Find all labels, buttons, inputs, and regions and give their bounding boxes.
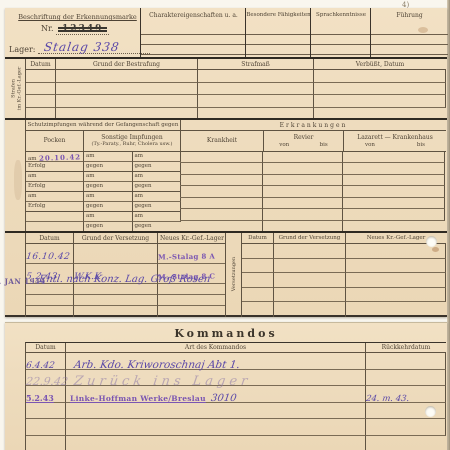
column-charakter: Charaktereigenschaften u. a. [140, 8, 246, 57]
pocken-erfolg-cell: Erfolg [26, 182, 84, 192]
col-verbuesst: Verbüßt, Datum [314, 59, 446, 70]
empty-cell [274, 273, 346, 288]
col-art-kommandos: Art des Kommandos [66, 343, 366, 353]
column-faehigkeiten: Besondere Fähigkeiten [245, 8, 311, 57]
pocken-date-stamp: 20.10.42 [38, 152, 80, 162]
empty-cell [314, 70, 446, 83]
writing-line [311, 54, 371, 55]
versetzungen-rotated-text: Versetzungen [231, 246, 237, 302]
revier-label: Revier vonbis [264, 131, 344, 152]
kommandos-title: Kommandos [5, 327, 447, 340]
versetzung-lager-cell [158, 284, 226, 295]
versetzung-grund-cell [74, 284, 158, 295]
lager-writing-line: Stalag 338 [38, 40, 150, 54]
sonstige-gegen-cell: gegen [84, 162, 133, 172]
punch-hole [426, 236, 437, 247]
empty-cell [346, 302, 446, 317]
empty-cell [66, 436, 366, 450]
lager-row: Lager: Stalag 338 [9, 40, 150, 54]
empty-cell [263, 175, 343, 186]
empty-cell [180, 175, 263, 186]
krankheit-label: Krankheit [181, 131, 264, 152]
empty-cell [74, 306, 158, 317]
writing-line [246, 34, 311, 35]
empty-cell [314, 95, 446, 108]
empty-cell [366, 436, 446, 450]
col-neues-lager: Neues Kr.-Gef.-Lager [158, 233, 226, 244]
empty-cell [274, 259, 346, 274]
faehigkeiten-label: Besondere Fähigkeiten [246, 8, 311, 18]
versetzung-grund-cell [74, 244, 158, 264]
pocken-erfolg-cell: Erfolg [26, 162, 84, 172]
empty-cell [26, 212, 84, 222]
empty-cell [26, 95, 56, 108]
return-date: 24. m. 43. [365, 394, 410, 404]
erkrankungen-body [180, 152, 445, 232]
scanned-pow-record: 4) Beschriftung der Erkennungsmarke Nr. … [0, 0, 450, 450]
writing-line [371, 54, 448, 55]
empty-cell [66, 419, 366, 436]
empty-cell [366, 419, 446, 436]
col-grund-bestrafung: Grund der Bestrafung [56, 59, 198, 70]
col-rueckkehrdatum: Rückkehrdatum [366, 343, 446, 353]
empty-cell [180, 209, 263, 220]
sonstige-am-cell: am [84, 212, 133, 222]
stalag-stamp: M.-Stalag 8 A [158, 252, 215, 262]
kommando-rueck-cell [366, 370, 446, 387]
record-card-front: Beschriftung der Erkennungsmarke Nr. 123… [5, 8, 447, 317]
versetzungen-table-right: Datum Grund der Versetzung Neues Kr.-Gef… [241, 233, 446, 317]
pocken-am-cell: am20.10.42 [26, 152, 84, 162]
empty-cell [346, 259, 446, 274]
writing-line [371, 44, 448, 45]
col-datum: Datum [26, 233, 74, 244]
versetzung-date: 16.10.42 [25, 252, 70, 262]
pocken-label: Pocken [26, 131, 84, 152]
empty-cell [198, 95, 314, 108]
writing-line [311, 34, 371, 35]
kommando-art-cell: Zurück ins Lager [66, 370, 366, 387]
von-label: von [365, 142, 375, 148]
empty-cell [198, 83, 314, 96]
pocken-am-cell: am [26, 172, 84, 182]
empty-cell [56, 83, 198, 96]
sonstige-am-cell: am [133, 212, 182, 222]
empty-cell [180, 198, 263, 209]
erkrankungen-title: Erkrankungen [181, 120, 446, 131]
empty-cell [346, 288, 446, 303]
versetzung-lager-cell: M.-Stalag 8 A [158, 244, 226, 264]
punch-hole [425, 406, 436, 417]
empty-cell [274, 302, 346, 317]
empty-cell [26, 306, 74, 317]
erkennungsmarke-label: Beschriftung der Erkennungsmarke [15, 13, 140, 21]
col-datum: Datum [242, 233, 274, 244]
empty-cell [74, 295, 158, 306]
col-grund-versetzung: Grund der Versetzung [274, 233, 346, 244]
empty-cell [198, 70, 314, 83]
empty-cell [263, 152, 343, 163]
kommando-description: Arb. Kdo. Kriworoschnaj Abt 1. [65, 359, 240, 371]
von-label: von [279, 142, 289, 148]
versetzungen-side-label: Versetzungen [225, 233, 242, 317]
empty-cell [274, 288, 346, 303]
writing-line [141, 44, 246, 45]
writing-line [371, 34, 448, 35]
col-grund-versetzung: Grund der Versetzung [74, 233, 158, 244]
sonstige-am-cell: am [84, 192, 133, 202]
empty-cell [180, 152, 263, 163]
lazarett-label: Lazarett — Krankenhaus vonbis [344, 131, 446, 152]
col-strafmass: Strafmaß [198, 59, 314, 70]
revier-title: Revier [294, 134, 314, 141]
sonstige-am-cell: am [133, 172, 182, 182]
empty-cell [274, 244, 346, 259]
kommando-date: 6.4.42 [25, 361, 55, 371]
empty-cell [242, 244, 274, 259]
empty-cell [26, 403, 66, 420]
versetzungen-section: Datum Grund der Versetzung Neues Kr.-Gef… [5, 231, 447, 317]
empty-cell [242, 273, 274, 288]
sonstige-gegen-cell: gegen [133, 162, 182, 172]
versetzung-datum-cell: 16.10.42 [26, 244, 74, 264]
fuehrung-label: Führung [371, 8, 448, 19]
lager-label: Lager: [9, 45, 35, 54]
pocken-erfolg-cell: Erfolg [26, 202, 84, 212]
strafen-section: Strafen im Kr.-Gef.-Lager Datum Grund de… [5, 57, 447, 120]
kommando-art-cell: Arb. Kdo. Kriworoschnaj Abt 1. [66, 353, 366, 370]
empty-cell [263, 209, 343, 220]
kommando-date: 22.9.42 [25, 375, 69, 388]
sonstige-line2: (Ty.-Paraty., Ruhr, Cholera usw.) [84, 141, 180, 147]
empty-cell [56, 70, 198, 83]
empty-cell [343, 163, 445, 174]
id-section: Beschriftung der Erkennungsmarke Nr. 123… [5, 8, 447, 57]
empty-cell [242, 259, 274, 274]
empty-cell [26, 419, 66, 436]
empty-cell [343, 152, 445, 163]
impf-body: am20.10.42 am am Erfolg gegen gegen am a… [25, 152, 181, 232]
kommando-rueck-cell [366, 353, 446, 370]
empty-cell [180, 163, 263, 174]
nr-label: Nr. [41, 24, 54, 33]
column-fuehrung: Führung [370, 8, 448, 57]
empty-cell [343, 186, 445, 197]
kommando-datum-cell: 6.4.42 [26, 353, 66, 370]
impf-header-row2: Pocken Sonstige Impfungen (Ty.-Paraty., … [25, 131, 446, 152]
empty-cell [346, 273, 446, 288]
kommando-rueck-cell: 24. m. 43. [366, 386, 446, 403]
bis-label: bis [417, 142, 425, 148]
empty-cell [314, 83, 446, 96]
sonstige-impfungen-label: Sonstige Impfungen (Ty.-Paraty., Ruhr, C… [84, 131, 181, 152]
lager-handwritten-value: Stalag 338 [43, 40, 121, 54]
empty-cell [263, 163, 343, 174]
col-datum: Datum [26, 343, 66, 353]
release-note-handwritten: Entl. nach Konz. Lag. Groß Rosen [38, 274, 211, 285]
strafen-table: Datum Grund der Bestrafung Strafmaß Verb… [25, 59, 446, 120]
kommando-datum-cell: 5.2.43 [26, 386, 66, 403]
empty-cell [26, 83, 56, 96]
nr-underline: 12349 [56, 24, 109, 35]
empty-cell [263, 198, 343, 209]
writing-line [246, 44, 311, 45]
empty-cell [263, 186, 343, 197]
impfungen-erkrankungen-section: Schutzimpfungen während der Gefangenscha… [5, 118, 447, 233]
kommando-number-handwritten: 3010 [210, 393, 237, 404]
sonstige-gegen-cell: gegen [133, 202, 182, 212]
empty-cell [242, 288, 274, 303]
sonstige-line1: Sonstige Impfungen [101, 134, 162, 141]
strafen-side-line2: im Kr.-Gef.-Lager [16, 67, 22, 111]
empty-cell [158, 306, 226, 317]
kommandos-table: Datum Art des Kommandos Rückkehrdatum 6.… [25, 342, 446, 450]
sonstige-gegen-cell: gegen [84, 202, 133, 212]
impfungen-title: Schutzimpfungen während der Gefangenscha… [26, 120, 181, 131]
empty-cell [26, 70, 56, 83]
charakter-label: Charaktereigenschaften u. a. [141, 8, 246, 19]
empty-cell [26, 436, 66, 450]
sonstige-am-cell: am [84, 172, 133, 182]
lazarett-title: Lazarett — Krankenhaus [357, 134, 433, 141]
bis-label: bis [320, 142, 328, 148]
empty-cell [56, 95, 198, 108]
marke-number-row: Nr. 12349 [41, 24, 109, 35]
sonstige-am-cell: am [84, 152, 133, 162]
empty-cell [343, 198, 445, 209]
empty-cell [158, 295, 226, 306]
kommando-date-stamp: 5.2.43 [26, 393, 54, 403]
strafen-side-label: Strafen im Kr.-Gef.-Lager [12, 61, 23, 117]
sprachen-label: Sprachkenntnisse [311, 8, 371, 18]
sonstige-am-cell: am [133, 152, 182, 162]
empty-cell [242, 302, 274, 317]
empty-cell [343, 175, 445, 186]
empty-cell [343, 209, 445, 220]
kommando-description: Zurück ins Lager [65, 374, 252, 389]
record-card-kommandos: Kommandos Datum Art des Kommandos Rückke… [5, 322, 447, 450]
empty-cell [66, 403, 366, 420]
pocken-am-cell: am [26, 192, 84, 202]
writing-line [141, 54, 246, 55]
writing-line [246, 54, 311, 55]
col-datum: Datum [26, 59, 56, 70]
sonstige-gegen-cell: gegen [84, 182, 133, 192]
kommando-datum-cell: 22.9.42 [26, 370, 66, 387]
column-sprachen: Sprachkenntnisse [310, 8, 371, 57]
sonstige-am-cell: am [133, 192, 182, 202]
marke-number-struck: 12349 [62, 24, 103, 34]
sonstige-gegen-cell: gegen [133, 182, 182, 192]
impf-header-row1: Schutzimpfungen während der Gefangenscha… [25, 120, 446, 131]
empty-cell [26, 295, 74, 306]
writing-line [141, 34, 246, 35]
empty-cell [180, 186, 263, 197]
writing-line [311, 44, 371, 45]
